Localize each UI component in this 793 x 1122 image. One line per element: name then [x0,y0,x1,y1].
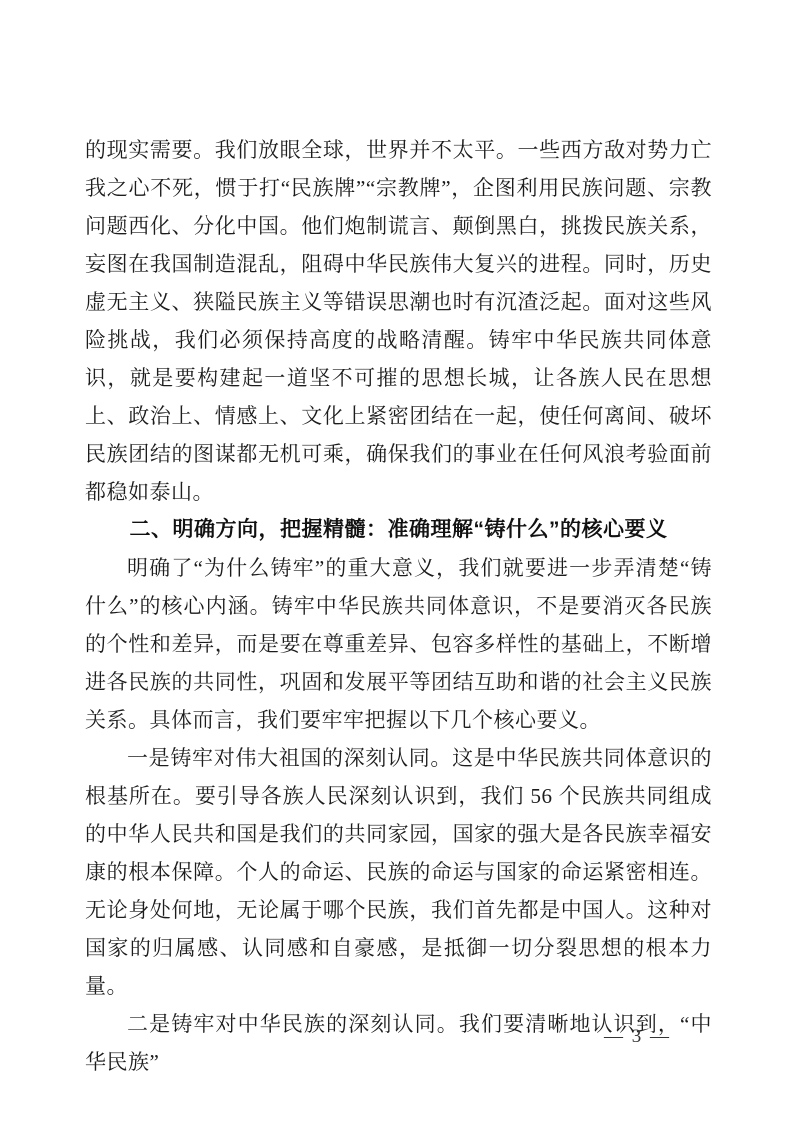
section-heading: 二、明确方向，把握精髓：准确理解“铸什么”的核心要义 [85,511,712,549]
document-body: 的现实需要。我们放眼全球，世界并不太平。一些西方敌对势力亡我之心不死，惯于打“民… [85,131,712,1081]
page: 的现实需要。我们放眼全球，世界并不太平。一些西方敌对势力亡我之心不死，惯于打“民… [0,0,793,1122]
page-number: — 3 — [604,1026,671,1048]
paragraph-continued-from-previous-page: 的现实需要。我们放眼全球，世界并不太平。一些西方敌对势力亡我之心不死，惯于打“民… [85,131,712,511]
paragraph-point-one: 一是铸牢对伟大祖国的深刻认同。这是中华民族共同体意识的根基所在。要引导各族人民深… [85,739,712,1005]
paragraph-section-intro: 明确了“为什么铸牢”的重大意义，我们就要进一步弄清楚“铸什么”的核心内涵。铸牢中… [85,549,712,739]
document-page-root: { "document": { "blocks": [ { "type": "b… [0,0,793,1122]
